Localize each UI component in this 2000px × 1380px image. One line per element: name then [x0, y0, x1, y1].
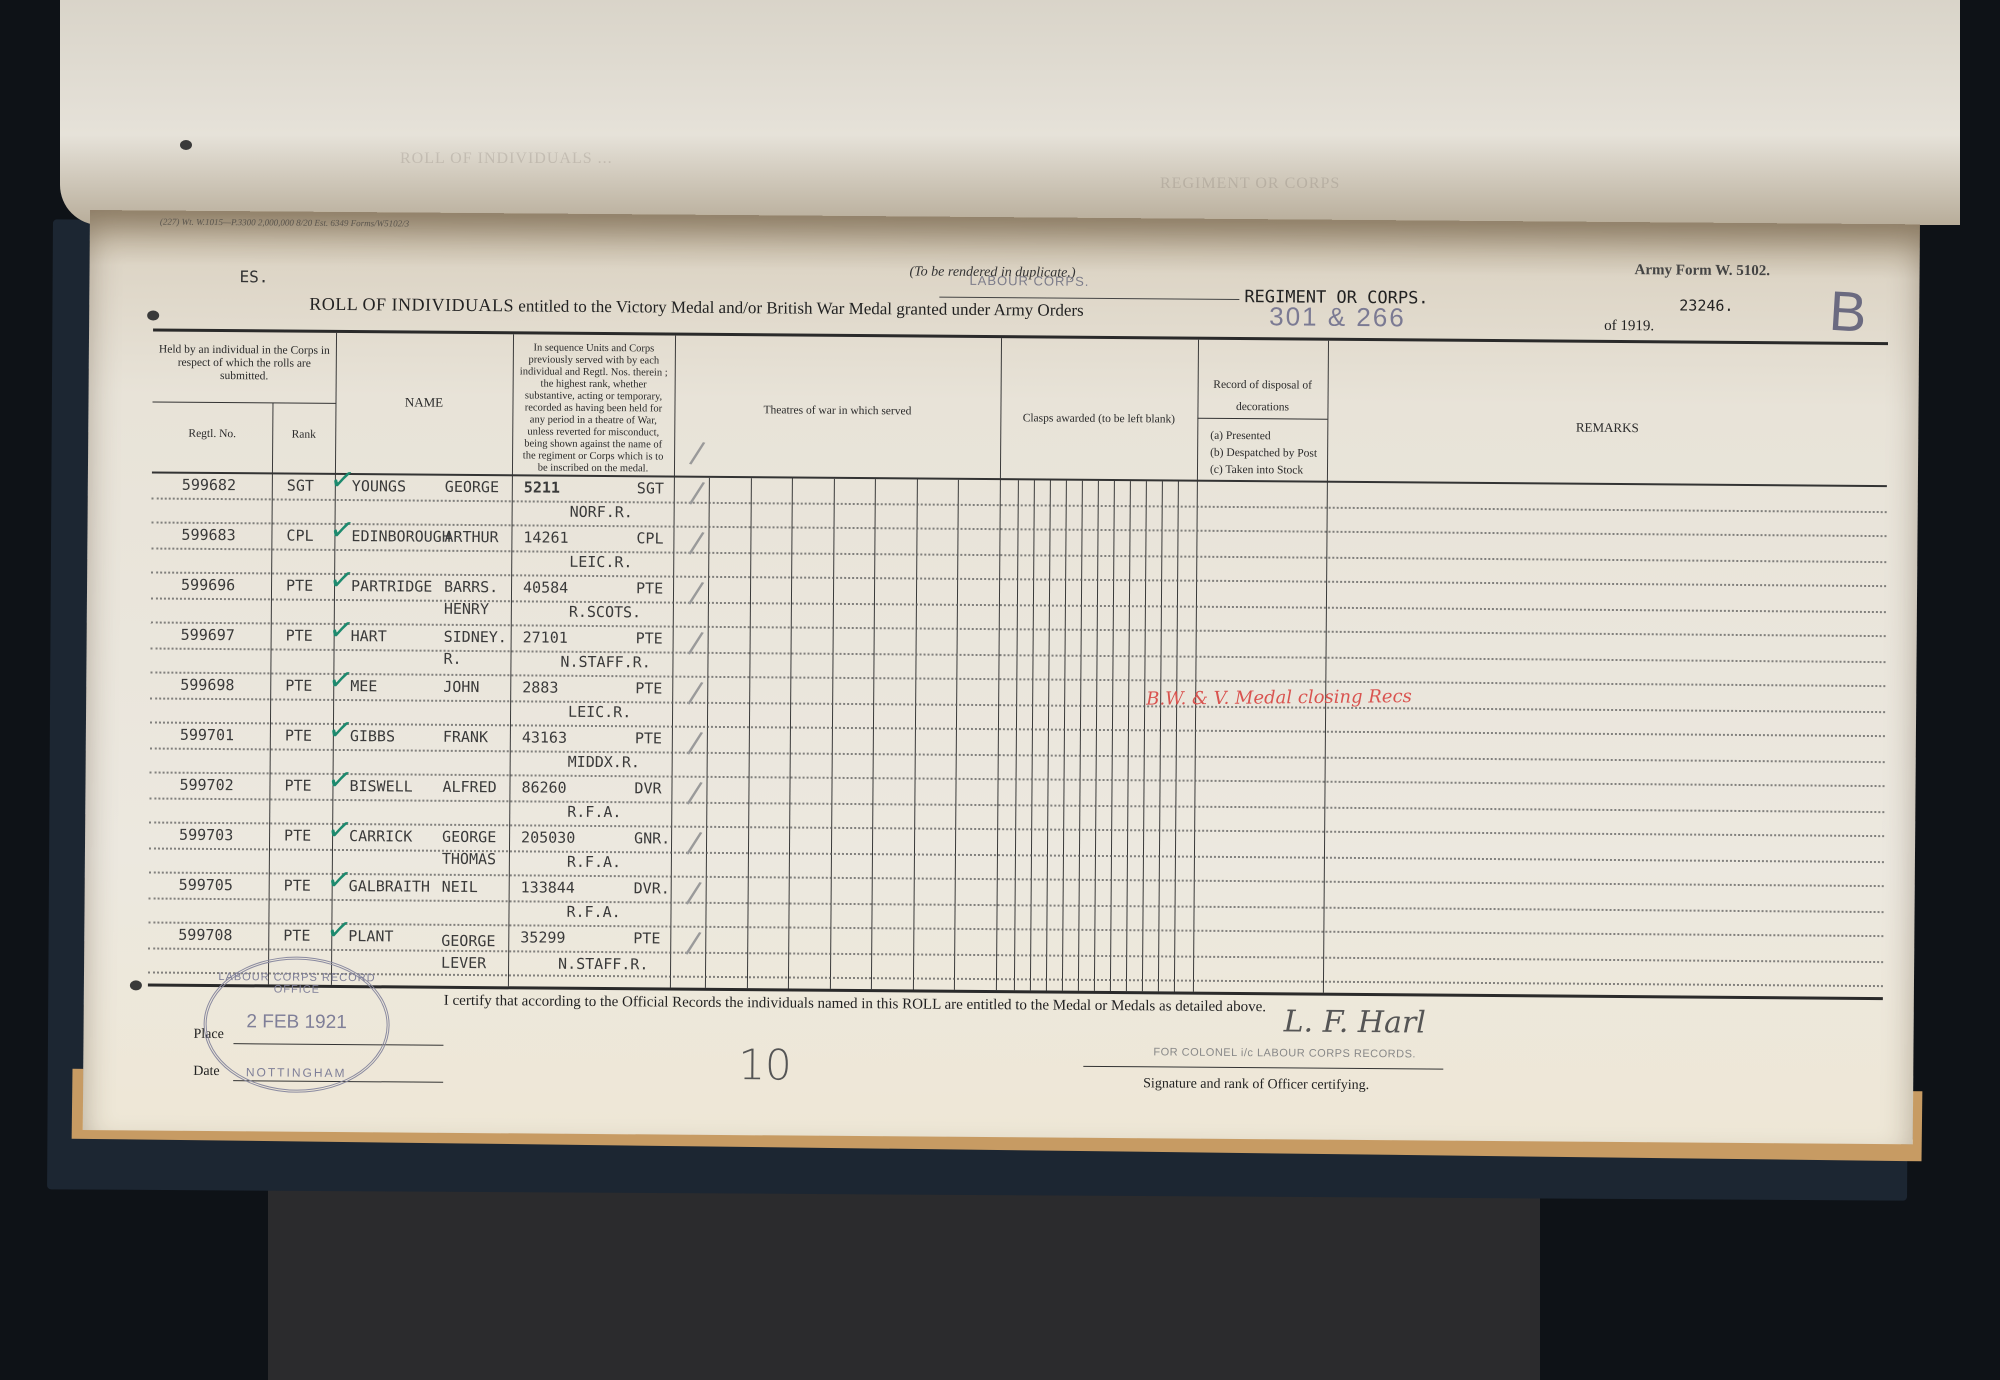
forenames: SIDNEY. [444, 628, 507, 646]
unit-regtl-no: 133844 [521, 878, 575, 896]
rank: PTE [284, 827, 311, 845]
unit-rank: PTE [636, 629, 663, 647]
forenames: GEORGE [445, 478, 499, 496]
unit-name: LEIC.R. [569, 553, 632, 571]
unit-name: LEIC.R. [568, 703, 631, 721]
roll-table: Held by an individual in the Corps in re… [148, 328, 1888, 1000]
page-number: 10 [738, 1040, 792, 1089]
red-ink-annotation: B.W. & V. Medal closing Recs [1146, 686, 1412, 710]
rank: PTE [284, 877, 311, 895]
unit-regtl-no: 35299 [520, 928, 565, 946]
army-form-label: Army Form W. 5102. [1635, 262, 1771, 280]
forenames-continued: THOMAS [442, 850, 496, 868]
unit-name: R.F.A. [567, 853, 621, 871]
bleedthrough-text: REGIMENT OR CORPS [1160, 175, 1340, 193]
stamp-location: NOTTINGHAM [206, 1065, 386, 1080]
certification-text: I certify that according to the Official… [444, 993, 1266, 1016]
forenames: ALFRED [442, 778, 496, 796]
forenames-continued: LEVER [441, 954, 486, 972]
regtl-no: 599705 [179, 876, 233, 894]
bleedthrough-text: ROLL OF INDIVIDUALS ... [400, 150, 613, 168]
unit-rank: CPL [636, 529, 663, 547]
forenames: ARTHUR [444, 528, 498, 546]
pencil-tick-icon: / [686, 625, 705, 661]
unit-rank: PTE [635, 729, 662, 747]
surname: GALBRAITH [349, 877, 430, 896]
header-disposal-b: (b) Despatched by Post [1210, 447, 1317, 461]
regtl-no: 599696 [181, 576, 235, 594]
unit-regtl-no: 205030 [521, 828, 575, 846]
unit-regtl-no: 14261 [523, 528, 568, 546]
regtl-no: 599703 [179, 826, 233, 844]
form-number: 23246. [1679, 296, 1733, 314]
for-colonel-stamp: FOR COLONEL i/c LABOUR CORPS RECORDS. [1153, 1046, 1416, 1060]
pencil-tick-icon: / [685, 775, 704, 811]
surname: EDINBOROUGH [351, 527, 450, 546]
stamp-date: 2 FEB 1921 [207, 1011, 387, 1034]
unit-name: N.STAFF.R. [558, 955, 648, 974]
surname: BISWELL [349, 777, 412, 795]
header-held-by: Held by an individual in the Corps in re… [153, 343, 336, 383]
facing-page-bleedthrough: ROLL OF INDIVIDUALS ... REGIMENT OR CORP… [60, 0, 1960, 225]
regtl-no: 599702 [179, 776, 233, 794]
unit-rank: PTE [633, 929, 660, 947]
unit-regtl-no: 40584 [523, 578, 568, 596]
unit-regtl-no: 5211 [524, 478, 560, 496]
unit-name: NORF.R. [570, 503, 633, 521]
rank: PTE [283, 927, 310, 945]
header-regtl-no: Regtl. No. [152, 427, 272, 441]
punch-hole [130, 980, 142, 990]
signature-caption: Signature and rank of Officer certifying… [1143, 1076, 1369, 1094]
forenames: BARRS. [444, 578, 498, 596]
surname: YOUNGS [352, 477, 406, 495]
rank: PTE [285, 727, 312, 745]
header-disposal-a: (a) Presented [1210, 430, 1270, 443]
forenames-continued: HENRY [444, 600, 489, 618]
regtl-no: 599698 [180, 676, 234, 694]
roll-title-rest: entitled to the Victory Medal and/or Bri… [514, 296, 1084, 319]
army-orders-handwritten: 301 & 266 [1269, 301, 1406, 333]
rank: PTE [286, 577, 313, 595]
unit-rank: PTE [635, 679, 662, 697]
header-name: NAME [335, 395, 512, 409]
header-disposal: Record of disposal of decorations [1197, 374, 1327, 419]
printer-line: (227) Wt. W.1015—P.3300 2,000,000 8/20 E… [160, 217, 409, 229]
unit-rank: GNR. [634, 829, 670, 847]
forenames: JOHN [443, 678, 479, 696]
pencil-tick-icon: / [685, 725, 704, 761]
header-theatres: Theatres of war in which served [674, 404, 1000, 420]
pencil-tick-icon: / [684, 875, 703, 911]
unit-regtl-no: 43163 [522, 728, 567, 746]
regtl-no: 599697 [181, 626, 235, 644]
unit-rank: DVR. [634, 879, 670, 897]
pencil-tick-icon: / [687, 475, 706, 511]
regtl-no: 599683 [181, 526, 235, 544]
unit-rank: DVR [634, 779, 661, 797]
regtl-no: 599682 [182, 476, 236, 494]
header-units: In sequence Units and Corps previously s… [517, 342, 670, 475]
unit-name: N.STAFF.R. [560, 653, 650, 672]
unit-regtl-no: 27101 [523, 628, 568, 646]
unit-rank: PTE [636, 579, 663, 597]
surname: PLANT [348, 927, 393, 945]
pencil-tick-icon: / [687, 525, 706, 561]
rank: PTE [285, 677, 312, 695]
regtl-no: 599701 [180, 726, 234, 744]
unit-name: R.SCOTS. [569, 603, 641, 622]
rank: SGT [287, 477, 314, 495]
pencil-tick-icon: / [684, 925, 703, 961]
stamp-office: LABOUR CORPS RECORD OFFICE [207, 971, 387, 996]
year-label: of 1919. [1604, 318, 1654, 335]
table-body: 599682 SGT ✓ YOUNGS GEORGE 5211 SGT NORF… [148, 473, 1887, 997]
unit-rank: SGT [637, 479, 664, 497]
surname: PARTRIDGE [351, 577, 432, 596]
corner-letter: B [1827, 278, 1868, 345]
surname: GIBBS [350, 727, 395, 745]
background-felt [268, 1180, 1540, 1380]
unit-regtl-no: 2883 [522, 678, 558, 696]
pencil-tick-icon: / [687, 575, 706, 611]
header-rank: Rank [272, 428, 335, 441]
surname: CARRICK [349, 827, 412, 845]
punch-hole [147, 310, 159, 320]
forenames-continued: R. [443, 650, 461, 668]
surname: MEE [350, 677, 377, 695]
corps-stamp: LABOUR CORPS. [969, 273, 1089, 289]
rank: PTE [284, 777, 311, 795]
forenames: GEORGE [442, 828, 496, 846]
unit-name: R.F.A. [566, 903, 620, 921]
forenames: GEORGE [441, 932, 495, 950]
forenames: NEIL [442, 878, 478, 896]
rank: CPL [286, 527, 313, 545]
form-prefix: ES. [239, 267, 268, 286]
pencil-tick-icon: / [685, 825, 704, 861]
rank: PTE [286, 627, 313, 645]
header-clasps: Clasps awarded (to be left blank) [1000, 412, 1197, 427]
unit-regtl-no: 86260 [521, 778, 566, 796]
regtl-no: 599708 [178, 926, 232, 944]
punch-hole [180, 140, 192, 150]
unit-name: MIDDX.R. [568, 753, 640, 772]
pencil-tick-icon: / [686, 675, 705, 711]
roll-page: (227) Wt. W.1015—P.3300 2,000,000 8/20 E… [83, 210, 1920, 1144]
unit-name: R.F.A. [567, 803, 621, 821]
surname: HART [351, 627, 387, 645]
officer-signature: L. F. Harl [1284, 1004, 1426, 1040]
signature-line [1083, 1066, 1443, 1070]
roll-title-caps: ROLL OF INDIVIDUALS [309, 294, 514, 316]
header-disposal-c: (c) Taken into Stock [1210, 464, 1303, 478]
record-office-stamp: LABOUR CORPS RECORD OFFICE 2 FEB 1921 NO… [203, 956, 390, 1093]
forenames: FRANK [443, 728, 488, 746]
